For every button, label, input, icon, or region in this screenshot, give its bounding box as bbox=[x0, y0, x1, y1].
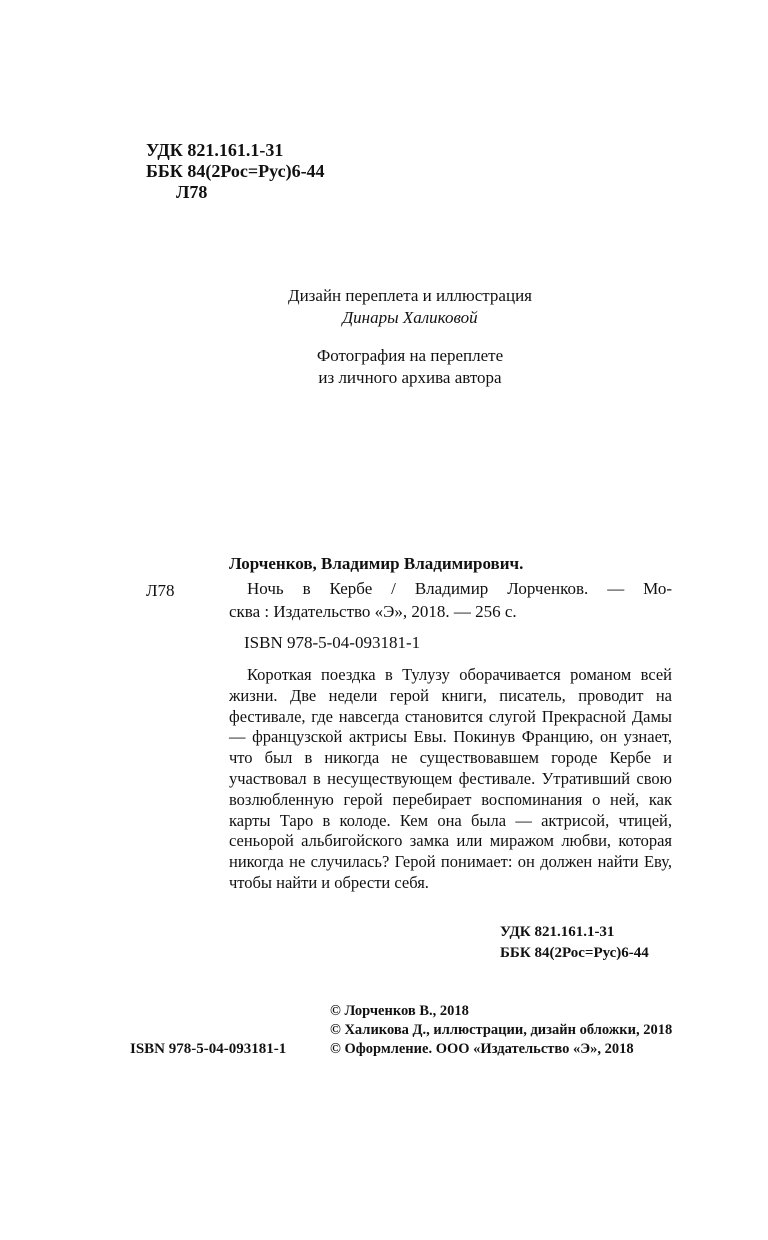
annotation: Короткая поездка в Тулузу оборачивается … bbox=[229, 665, 672, 894]
classification-top: УДК 821.161.1-31 ББК 84(2Рос=Рус)6-44 Л7… bbox=[146, 140, 325, 203]
bbk-code: ББК 84(2Рос=Рус)6-44 bbox=[146, 161, 325, 182]
bbk-code-bottom: ББК 84(2Рос=Рус)6-44 bbox=[500, 943, 649, 964]
udk-code-bottom: УДК 821.161.1-31 bbox=[500, 922, 649, 943]
photo-line-2: из личного архива автора bbox=[200, 367, 620, 389]
classification-bottom: УДК 821.161.1-31 ББК 84(2Рос=Рус)6-44 bbox=[500, 922, 649, 964]
title-record: Ночь в Кербе / Владимир Лорченков. — Мо-… bbox=[229, 577, 672, 623]
author-heading: Лорченков, Владимир Владимирович. bbox=[229, 553, 523, 575]
copyright-illustrations: © Халикова Д., иллюстрации, дизайн облож… bbox=[330, 1021, 672, 1040]
title-line-1: Ночь в Кербе / Владимир Лорченков. — Мо- bbox=[229, 577, 672, 600]
designer-name: Динары Халиковой bbox=[200, 307, 620, 329]
photo-credits: Фотография на переплете из личного архив… bbox=[200, 345, 620, 389]
isbn-record: ISBN 978-5-04-093181-1 bbox=[244, 632, 420, 654]
design-line: Дизайн переплета и иллюстрация bbox=[200, 285, 620, 307]
photo-line-1: Фотография на переплете bbox=[200, 345, 620, 367]
copyright-publisher: © Оформление. ООО «Издательство «Э», 201… bbox=[330, 1040, 672, 1059]
copyright-block: © Лорченков В., 2018 © Халикова Д., иллю… bbox=[330, 1002, 672, 1059]
annotation-text: Короткая поездка в Тулузу оборачивается … bbox=[229, 665, 672, 894]
author-sign: Л78 bbox=[146, 182, 325, 203]
isbn-footer: ISBN 978-5-04-093181-1 bbox=[130, 1040, 286, 1059]
udk-code: УДК 821.161.1-31 bbox=[146, 140, 325, 161]
call-number: Л78 bbox=[146, 580, 175, 602]
copyright-author: © Лорченков В., 2018 bbox=[330, 1002, 672, 1021]
design-credits: Дизайн переплета и иллюстрация Динары Ха… bbox=[200, 285, 620, 329]
title-line-2: сква : Издательство «Э», 2018. — 256 с. bbox=[229, 600, 672, 623]
